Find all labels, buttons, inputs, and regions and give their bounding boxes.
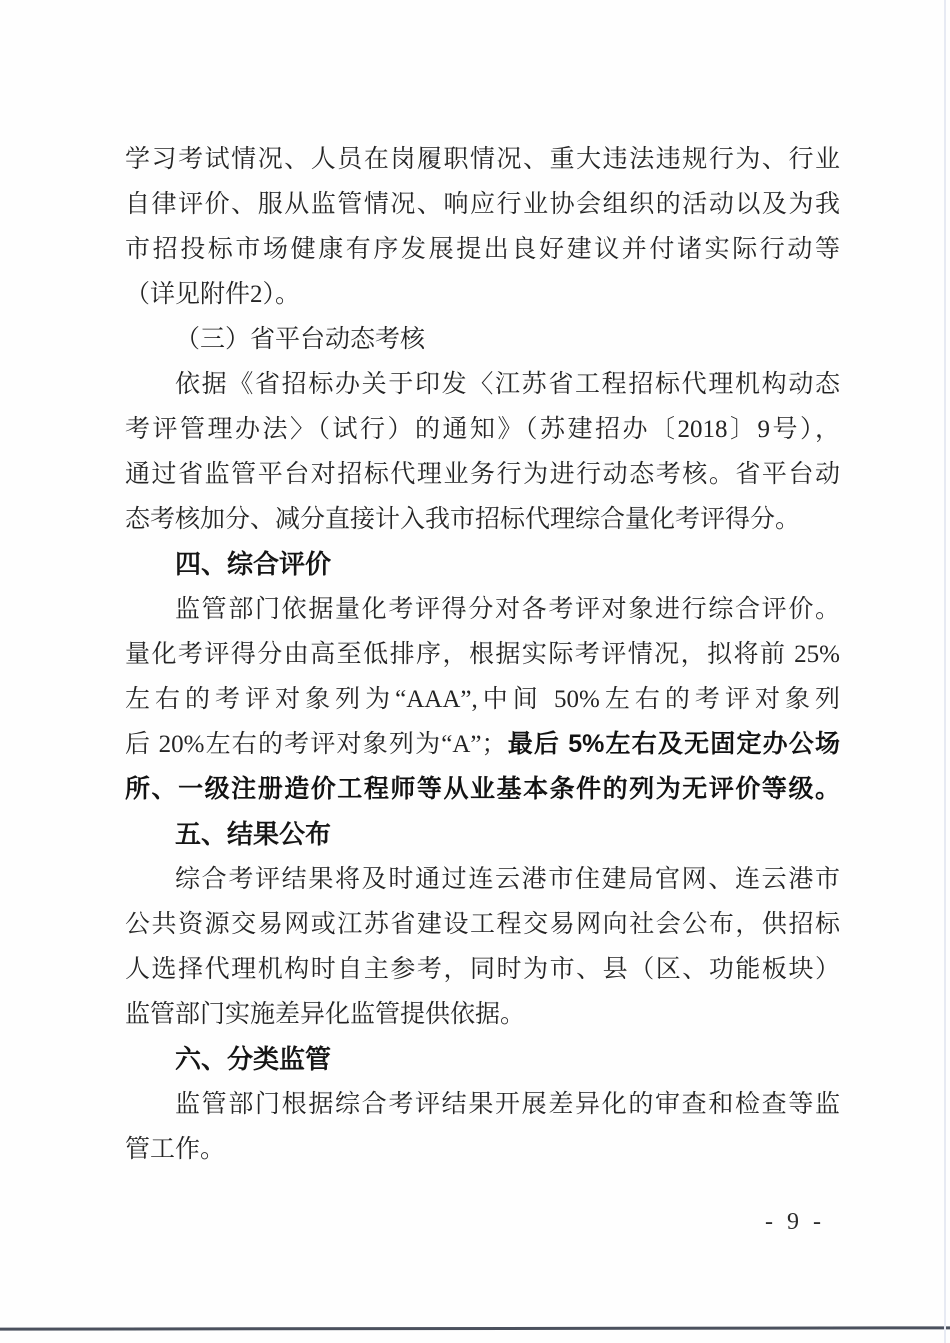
subheading-provincial-platform-line-1: （三）省平台动态考核 xyxy=(125,317,840,362)
para-continuation-line-4: （详见附件2）。 xyxy=(125,272,840,317)
text-segment: 量化考评得分由高至低排序，根据实际考评情况，拟将前 25% xyxy=(125,641,840,668)
text-segment: 学习考试情况、人员在岗履职情况、重大违法违规行为、行业 xyxy=(125,146,840,173)
para-result-publication-line-3: 人选择代理机构时自主参考，同时为市、县（区、功能板块） xyxy=(125,947,840,992)
text-segment: 六、分类监管 xyxy=(175,1044,331,1074)
para-result-publication-line-2: 公共资源交易网或江苏省建设工程交易网向社会公布，供招标 xyxy=(125,902,840,947)
heading-section-6-line-1: 六、分类监管 xyxy=(125,1037,840,1082)
text-segment: 通过省监管平台对招标代理业务行为进行动态考核。省平台动 xyxy=(125,461,840,488)
para-provincial-platform-line-4: 态考核加分、减分直接计入我市招标代理综合量化考评得分。 xyxy=(125,497,840,542)
text-segment: 依据《省招标办关于印发〈江苏省工程招标代理机构动态 xyxy=(175,371,840,398)
text-segment: 态考核加分、减分直接计入我市招标代理综合量化考评得分。 xyxy=(125,506,800,533)
text-segment: 管工作。 xyxy=(125,1136,225,1163)
para-comprehensive-evaluation-line-3: 左右的考评对象列为“AAA”,中间 50%左右的考评对象列为“AA”， xyxy=(125,677,840,722)
text-segment: （三）省平台动态考核 xyxy=(175,326,425,353)
text-segment: 考评管理办法〉（试行）的通知》（苏建招办〔2018〕9号）， xyxy=(125,416,840,443)
text-segment: 公共资源交易网或江苏省建设工程交易网向社会公布，供招标 xyxy=(125,911,840,938)
heading-section-4-line-1: 四、综合评价 xyxy=(125,542,840,587)
para-continuation-line-3: 市招投标市场健康有序发展提出良好建议并付诸实际行动等 xyxy=(125,227,840,272)
heading-section-5-line-1: 五、结果公布 xyxy=(125,812,840,857)
document-page: 学习考试情况、人员在岗履职情况、重大违法违规行为、行业自律评价、服从监管情况、响… xyxy=(0,0,950,1343)
para-provincial-platform-line-3: 通过省监管平台对招标代理业务行为进行动态考核。省平台动 xyxy=(125,452,840,497)
bold-text-segment: 所、一级注册造价工程师等从业基本条件的列为无评价等级。 xyxy=(125,775,840,803)
text-segment: （详见附件2）。 xyxy=(125,281,300,308)
para-continuation-line-1: 学习考试情况、人员在岗履职情况、重大违法违规行为、行业 xyxy=(125,137,840,182)
para-comprehensive-evaluation-line-5: 所、一级注册造价工程师等从业基本条件的列为无评价等级。 xyxy=(125,767,840,812)
para-comprehensive-evaluation-line-4: 后 20%左右的考评对象列为“A”；最后 5%左右及无固定办公场 xyxy=(125,722,840,767)
page-number: - 9 - xyxy=(715,1206,875,1238)
para-provincial-platform-line-1: 依据《省招标办关于印发〈江苏省工程招标代理机构动态 xyxy=(125,362,840,407)
document-body: 学习考试情况、人员在岗履职情况、重大违法违规行为、行业自律评价、服从监管情况、响… xyxy=(125,137,840,1172)
page-bottom-edge-line xyxy=(0,1326,950,1330)
para-comprehensive-evaluation-line-1: 监管部门依据量化考评得分对各考评对象进行综合评价。 xyxy=(125,587,840,632)
text-segment: 监管部门依据量化考评得分对各考评对象进行综合评价。 xyxy=(175,596,840,623)
text-segment: 人选择代理机构时自主参考，同时为市、县（区、功能板块） xyxy=(125,956,840,983)
page-right-edge-line xyxy=(944,0,946,1343)
para-classified-supervision-line-2: 管工作。 xyxy=(125,1127,840,1172)
text-segment: 左右的考评对象列为“AAA”,中间 50%左右的考评对象列为“AA”， xyxy=(125,686,840,722)
text-segment: 市招投标市场健康有序发展提出良好建议并付诸实际行动等 xyxy=(125,236,840,263)
text-segment: 后 20%左右的考评对象列为“A”； xyxy=(125,731,507,758)
text-segment: 监管部门根据综合考评结果开展差异化的审查和检查等监 xyxy=(175,1091,840,1118)
para-result-publication-line-4: 监管部门实施差异化监管提供依据。 xyxy=(125,992,840,1037)
para-classified-supervision-line-1: 监管部门根据综合考评结果开展差异化的审查和检查等监 xyxy=(125,1082,840,1127)
text-segment: 监管部门实施差异化监管提供依据。 xyxy=(125,1001,525,1028)
text-segment: 四、综合评价 xyxy=(175,549,331,579)
bold-text-segment: 最后 5%左右及无固定办公场 xyxy=(507,730,840,758)
text-segment: 综合考评结果将及时通过连云港市住建局官网、连云港市 xyxy=(175,866,840,893)
para-continuation-line-2: 自律评价、服从监管情况、响应行业协会组织的活动以及为我 xyxy=(125,182,840,227)
text-segment: 自律评价、服从监管情况、响应行业协会组织的活动以及为我 xyxy=(125,191,840,218)
para-provincial-platform-line-2: 考评管理办法〉（试行）的通知》（苏建招办〔2018〕9号）， xyxy=(125,407,840,452)
para-comprehensive-evaluation-line-2: 量化考评得分由高至低排序，根据实际考评情况，拟将前 25% xyxy=(125,632,840,677)
text-segment: 五、结果公布 xyxy=(175,819,331,849)
para-result-publication-line-1: 综合考评结果将及时通过连云港市住建局官网、连云港市 xyxy=(125,857,840,902)
